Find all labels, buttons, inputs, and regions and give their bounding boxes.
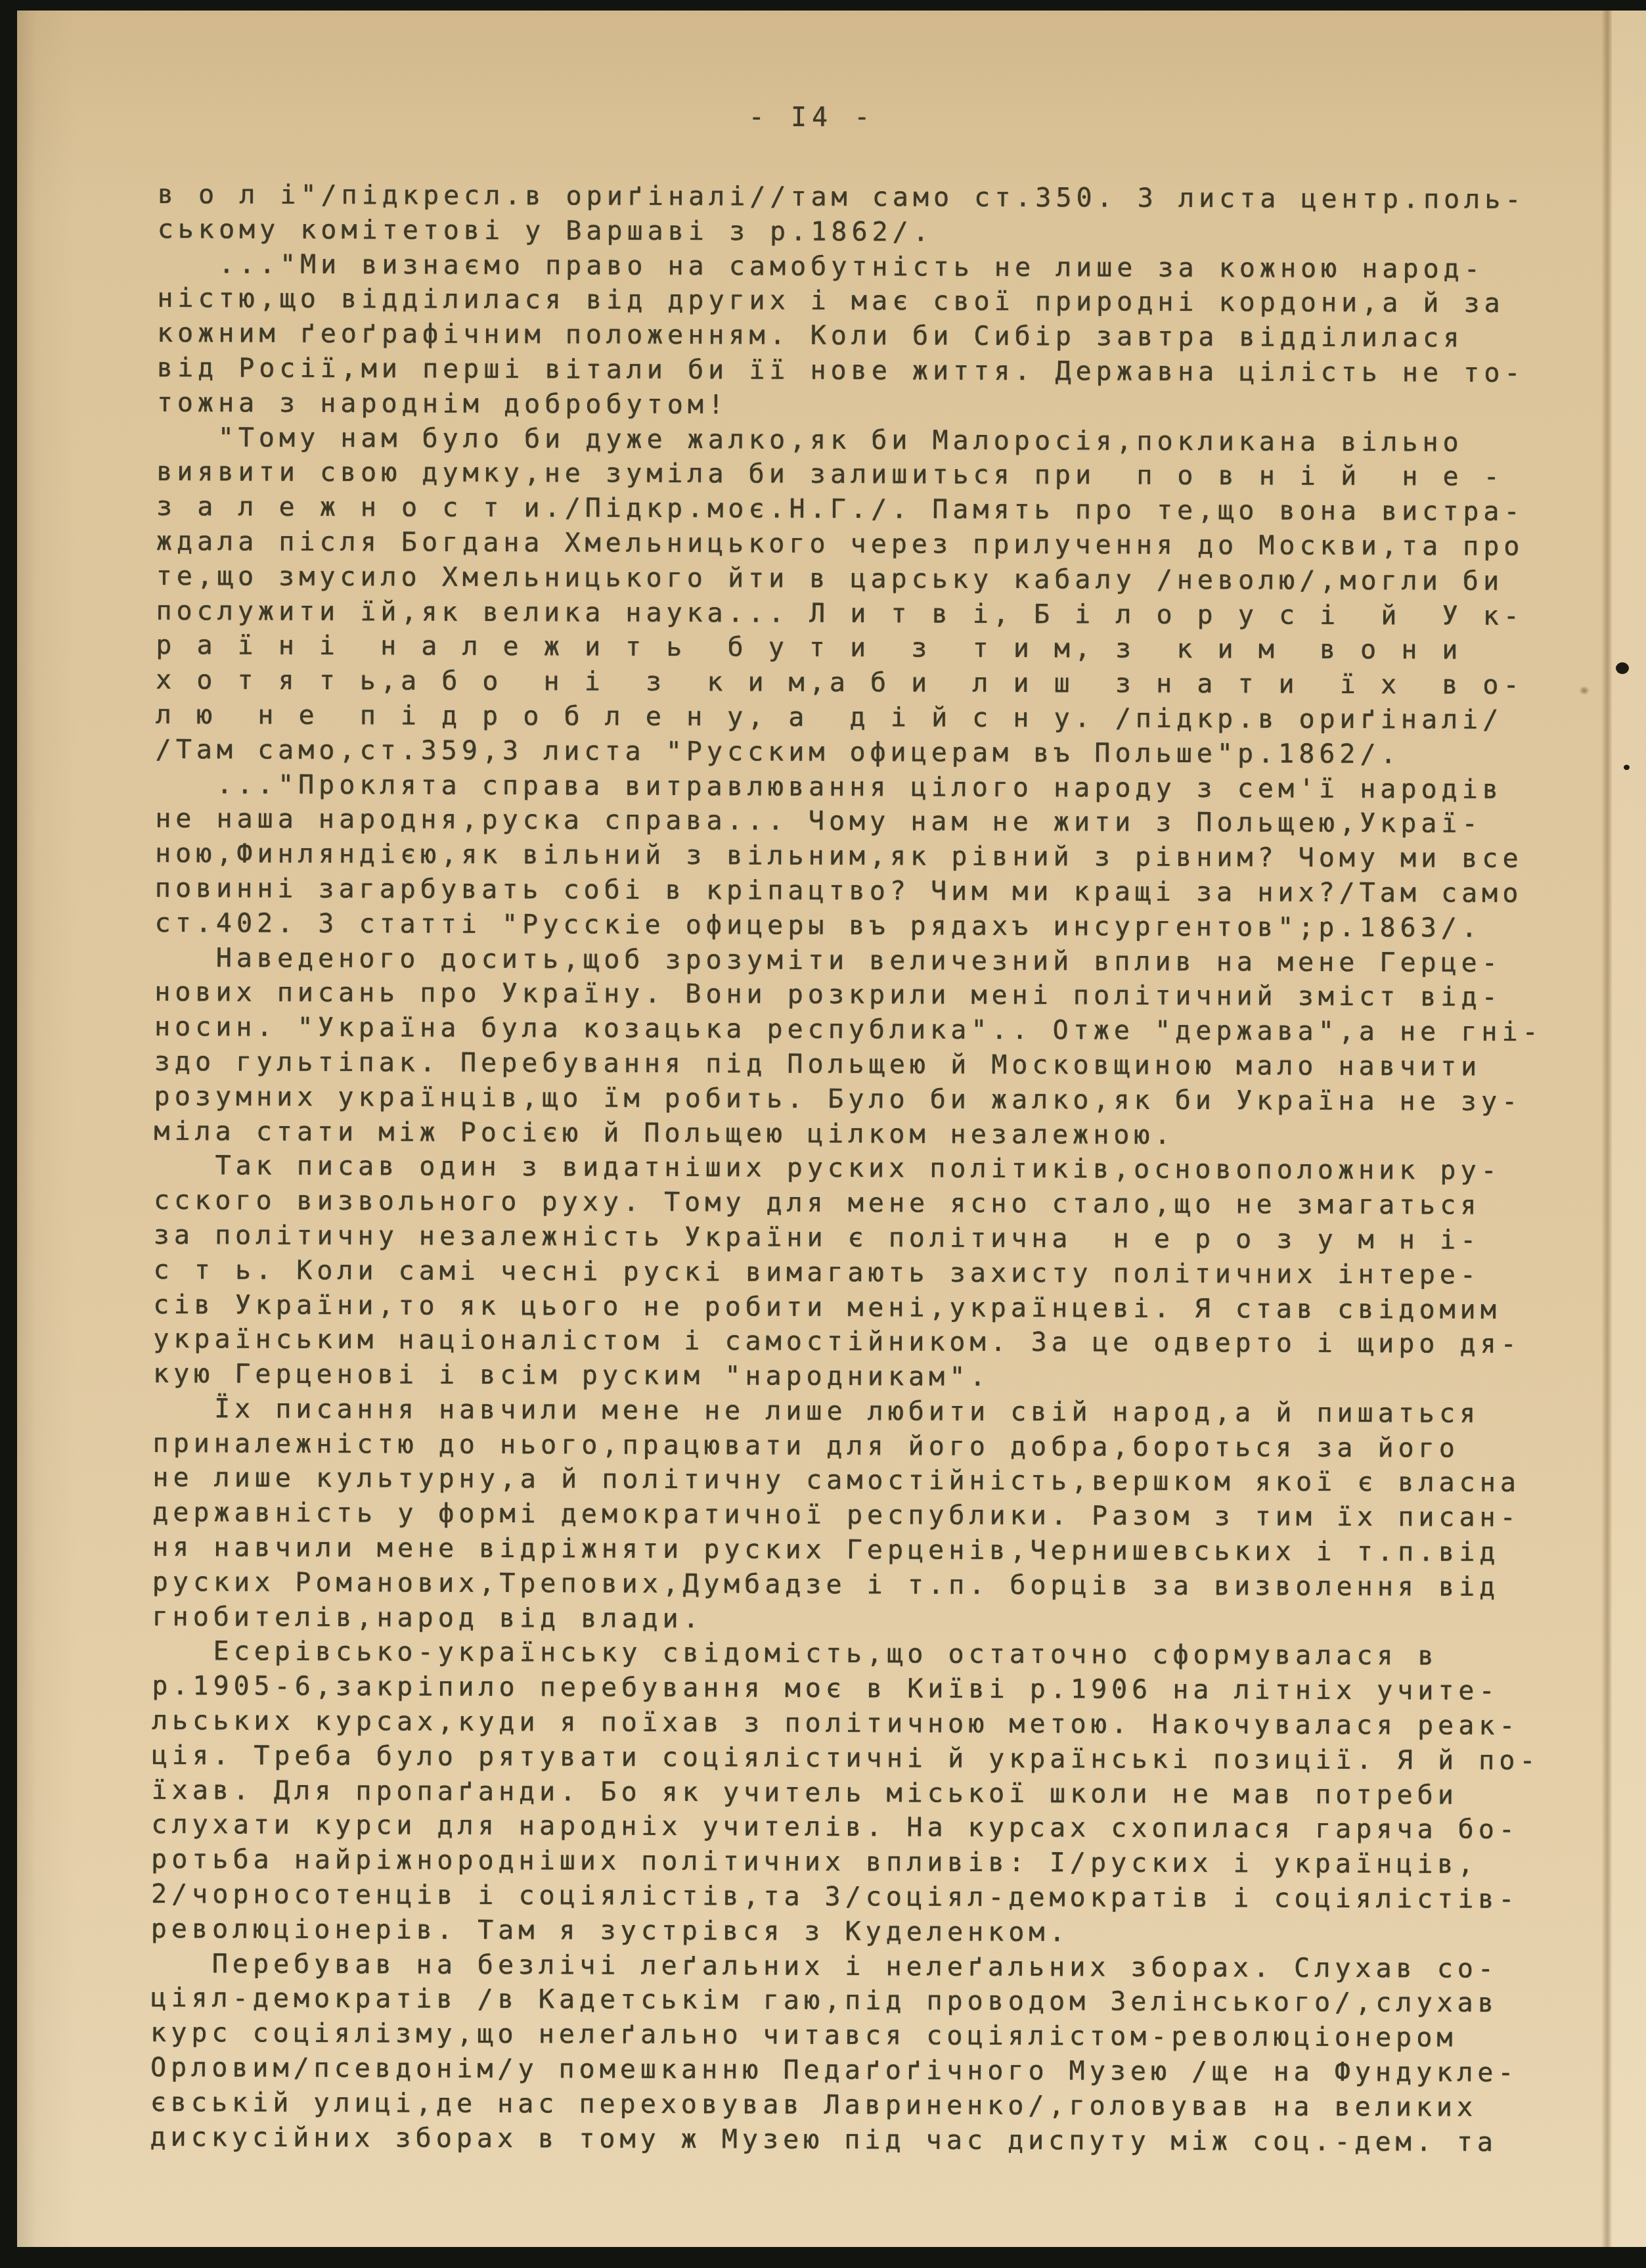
- text-line: за політичну незалежність України є полі…: [154, 1218, 1586, 1258]
- text-line: ському комітетові у Варшаві з р.1862/.: [158, 212, 1590, 252]
- text-line: державність у формі демократичної респуб…: [152, 1495, 1584, 1535]
- text-line: від Росії,ми перші вітали би її нове жит…: [157, 351, 1589, 391]
- text-line: л ю н е п і д р о б л е н у, а д і й с н…: [156, 698, 1588, 738]
- text-line: носин. "Україна була козацька республика…: [154, 1010, 1586, 1050]
- scanned-page: - І4 - в о л і"/підкресл.в ориґіналі//та…: [0, 0, 1646, 2268]
- paper-crease: [1601, 11, 1612, 2247]
- text-line: революціонерів. Там я зустрівся з Куделе…: [151, 1912, 1583, 1952]
- text-line: не наша народня,руска справа... Чому нам…: [155, 802, 1587, 842]
- text-line: те,що змусило Хмельницького йти в царськ…: [156, 559, 1588, 599]
- text-line: курс соціялізму,що нелеґально читався со…: [150, 2016, 1582, 2056]
- text-line: х о т я т ь,а б о н і з к и м,а б и л и …: [156, 663, 1588, 703]
- text-line: ція. Треба було рятувати соціялістичні й…: [152, 1738, 1584, 1779]
- text-line: /Там само,ст.359,З листа "Русским офицер…: [156, 733, 1588, 773]
- text-line: міла стати між Росією й Польщею цілком н…: [154, 1114, 1586, 1154]
- text-line: з а л е ж н о с т и./Підкр.моє.Н.Г./. Па…: [156, 489, 1588, 530]
- text-line: руских Романових,Трепових,Думбадзе і т.п…: [152, 1565, 1584, 1605]
- page-number: - І4 -: [17, 102, 1607, 133]
- text-line: здо гультіпак. Перебування під Польщею й…: [154, 1045, 1586, 1085]
- text-line: нових писань про Україну. Вони розкрили …: [154, 975, 1586, 1015]
- text-line: Орловим/псевдонім/у помешканню Педаґоґіч…: [150, 2051, 1582, 2091]
- text-line: Перебував на безлічі леґальних і нелеґал…: [150, 1947, 1582, 1987]
- text-line: кожним ґеоґрафічним положенням. Коли би …: [157, 316, 1589, 356]
- text-line: ст.402. З статті "Русскіе офицеры въ ряд…: [155, 906, 1587, 946]
- text-line: гнобителів,народ від влади.: [152, 1600, 1584, 1640]
- text-line: приналежністю до нього,працювати для йог…: [152, 1426, 1584, 1466]
- text-line: їхав. Для пропаґанди. Бо як учитель місь…: [151, 1773, 1583, 1813]
- text-line: ждала після Богдана Хмельницького через …: [156, 524, 1588, 564]
- text-line: сского визвольного руху. Тому для мене я…: [154, 1183, 1586, 1223]
- text-line: не лише культурну,а й політичну самостій…: [152, 1461, 1584, 1501]
- text-line: кую Герценові і всім руским "народникам"…: [153, 1357, 1585, 1397]
- text-line: ..."Ми визнаємо право на самобутність не…: [157, 247, 1589, 287]
- text-line: р а ї н і н а л е ж и т ь б у т и з т и …: [156, 628, 1588, 668]
- ink-spot: [1624, 765, 1630, 770]
- text-line: ..."Проклята справа витравлювання цілого…: [155, 767, 1587, 807]
- paper-edge-highlight: [1612, 11, 1646, 2247]
- text-line: Їх писання навчили мене не лише любити с…: [153, 1392, 1585, 1432]
- text-line: слухати курси для народніх учителів. На …: [151, 1807, 1583, 1848]
- text-line: ня навчили мене відріжняти руских Герцен…: [152, 1530, 1584, 1570]
- text-line: 2/чорносотенців і соціялістів,та З/соція…: [151, 1877, 1583, 1917]
- text-line: виявити свою думку,не зуміла би залишить…: [156, 455, 1588, 495]
- paper-sheet: - І4 - в о л і"/підкресл.в ориґіналі//та…: [17, 11, 1646, 2247]
- text-line: льських курсах,куди я поїхав з політично…: [152, 1704, 1584, 1744]
- text-line: ною,Финляндією,як вільний з вільним,як р…: [155, 836, 1587, 876]
- text-line: українським націоналістом і самостійнико…: [153, 1322, 1585, 1362]
- text-line: Есерівсько-українську свідомість,що оста…: [152, 1634, 1584, 1674]
- text-line: сів України,то як цього не робити мені,у…: [153, 1287, 1585, 1327]
- text-line: євській улиці,де нас переховував Лаврине…: [150, 2085, 1582, 2125]
- typewritten-text-block: в о л і"/підкресл.в ориґіналі//там само …: [150, 177, 1590, 2160]
- text-line: послужити їй,як велика наука... Л и т в …: [156, 594, 1588, 634]
- text-line: дискусійних зборах в тому ж Музею під ча…: [150, 2120, 1582, 2160]
- text-line: тожна з народнім добробутом!: [157, 386, 1589, 426]
- text-line: с т ь. Коли самі чесні рускі вимагають з…: [154, 1253, 1586, 1293]
- text-line: ціял-демократів /в Кадетськім гаю,під пр…: [150, 1981, 1582, 2021]
- ink-spot: [1616, 662, 1629, 674]
- text-line: в о л і"/підкресл.в ориґіналі//там само …: [158, 177, 1590, 217]
- text-line: Наведеного досить,щоб зрозуміти величезн…: [154, 941, 1586, 981]
- text-line: Так писав один з видатніших руских політ…: [154, 1148, 1586, 1189]
- text-line: повинні загарбувать собі в кріпацтво? Чи…: [155, 871, 1587, 911]
- text-line: р.1905-6,закріпило перебування моє в Киї…: [152, 1669, 1584, 1709]
- text-line: ротьба найріжнородніших політичних вплив…: [151, 1842, 1583, 1882]
- text-line: розумних українців,що їм робить. Було би…: [154, 1079, 1586, 1120]
- text-line: "Тому нам було би дуже жалко,як би Малор…: [156, 420, 1588, 461]
- text-line: ністю,що відділилася від других і має св…: [157, 281, 1589, 321]
